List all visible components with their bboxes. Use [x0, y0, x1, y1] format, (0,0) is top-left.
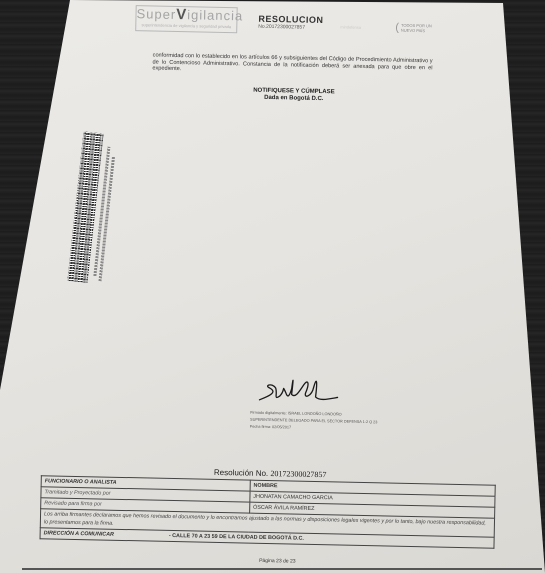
approval-table-title: Resolución No. 20172300027857 [214, 468, 327, 479]
signature-block: Firmado digitalmente: ISRAEL LONDOÑO LON… [250, 410, 378, 434]
supervigilancia-logo: SuperVigilancia superintendencia de vigi… [135, 5, 238, 33]
mindefensa-logo: mindefensa [340, 24, 380, 30]
document-page: SuperVigilancia superintendencia de vigi… [0, 0, 545, 573]
handwritten-signature-icon [255, 370, 346, 408]
closing-block: NOTIFIQUESE Y CÚMPLASE Dada en Bogotá D.… [214, 87, 374, 104]
page-number: Página 23 de 23 [259, 558, 296, 565]
address-label: DIRECCIÓN A COMUNICAR [44, 530, 114, 537]
approval-table: FUNCIONARIO O ANALISTA NOMBRE Tramitado … [40, 475, 496, 549]
logo-tagline: superintendencia de vigilancia y segurid… [136, 22, 236, 30]
colombia-flag-icon: ( [395, 23, 399, 34]
resolution-header: RESOLUCION No.20172300027857 [258, 14, 323, 31]
address-value: - CALLE 70 A 23 59 DE LA CIUDAD DE BOGOT… [114, 532, 304, 542]
body-paragraph: conformidad con lo establecido en los ar… [152, 52, 432, 77]
todos-por-un-nuevo-pais-logo: ( TODOS POR UN NUEVO PAÍS [395, 23, 432, 35]
page-bottom-rule [22, 568, 542, 570]
